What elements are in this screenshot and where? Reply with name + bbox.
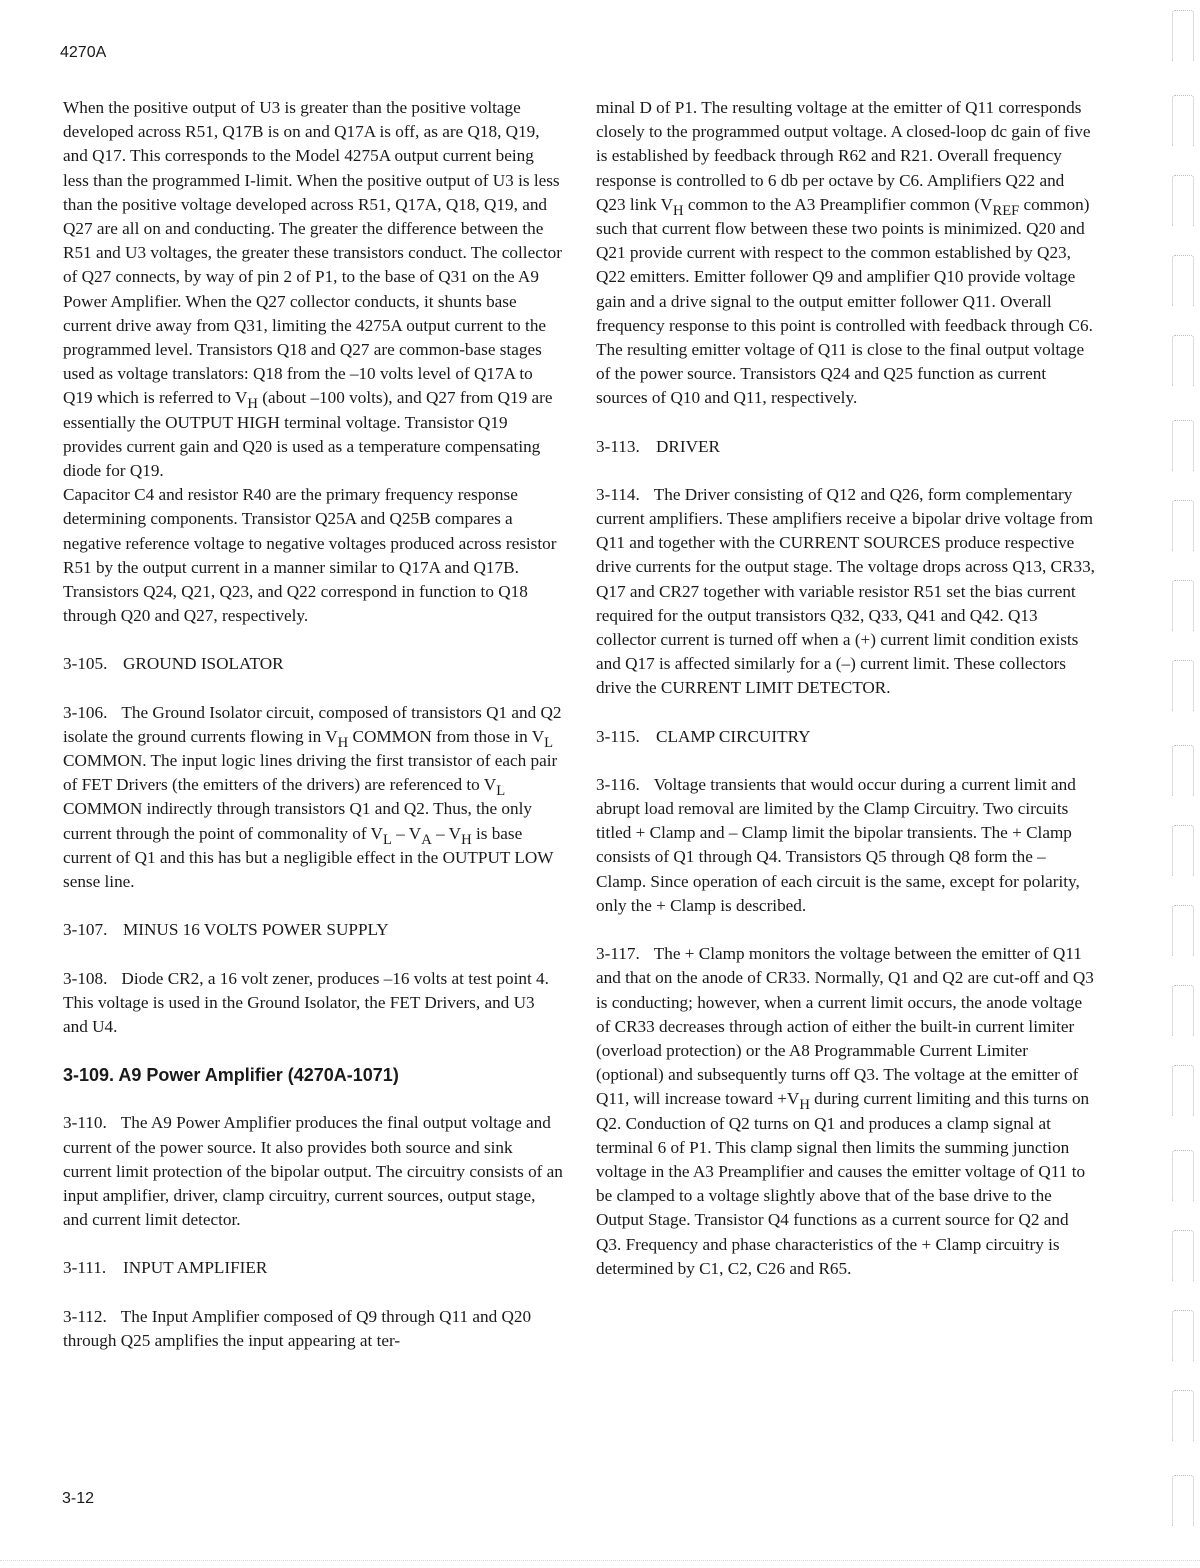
text: during current limiting and this turns o… xyxy=(596,1089,1089,1277)
section-heading-3-113: 3-113.DRIVER xyxy=(596,435,1096,459)
section-title: DRIVER xyxy=(656,437,720,456)
section-title: GROUND ISOLATOR xyxy=(123,654,284,673)
binder-hole-artifact xyxy=(1172,985,1194,1036)
text: Diode CR2, a 16 volt zener, produces –16… xyxy=(63,969,549,1036)
paragraph-number: 3-117. xyxy=(596,942,640,966)
text: COMMON from those in V xyxy=(348,727,544,746)
left-column: When the positive output of U3 is greate… xyxy=(63,96,563,1377)
paragraph-number: 3-110. xyxy=(63,1111,107,1135)
paragraph-number: 3-112. xyxy=(63,1305,107,1329)
text: The + Clamp monitors the voltage between… xyxy=(596,944,1094,1108)
binder-hole-artifact xyxy=(1172,825,1194,876)
binder-hole-artifact xyxy=(1172,1390,1194,1441)
section-number: 3-107. xyxy=(63,918,123,942)
section-heading-3-115: 3-115.CLAMP CIRCUITRY xyxy=(596,725,1096,749)
binder-hole-artifact xyxy=(1172,1230,1194,1281)
subscript: L xyxy=(544,735,553,751)
paragraph-3-108: 3-108.Diode CR2, a 16 volt zener, produc… xyxy=(63,967,563,1040)
text: When the positive output of U3 is greate… xyxy=(63,98,562,407)
section-heading-3-105: 3-105.GROUND ISOLATOR xyxy=(63,652,563,676)
binder-hole-artifact xyxy=(1172,500,1194,551)
binder-hole-artifact xyxy=(1172,335,1194,386)
paragraph-3-116: 3-116.Voltage transients that would occu… xyxy=(596,773,1096,918)
text: COMMON. The input logic lines driving th… xyxy=(63,751,557,794)
section-number: 3-105. xyxy=(63,652,123,676)
text: – V xyxy=(392,824,421,843)
binder-hole-artifact xyxy=(1172,580,1194,631)
binder-hole-artifact xyxy=(1172,175,1194,226)
binder-hole-artifact xyxy=(1172,95,1194,146)
section-number: 3-111. xyxy=(63,1256,123,1280)
text: The Input Amplifier composed of Q9 throu… xyxy=(63,1307,531,1350)
subscript: H xyxy=(338,735,349,751)
paragraph-3-114: 3-114.The Driver consisting of Q12 and Q… xyxy=(596,483,1096,701)
paragraph-3-110: 3-110.The A9 Power Amplifier produces th… xyxy=(63,1111,563,1232)
binder-hole-artifact xyxy=(1172,1310,1194,1361)
document-id-header: 4270A xyxy=(60,44,106,62)
section-number: 3-113. xyxy=(596,435,656,459)
section-heading-3-107: 3-107.MINUS 16 VOLTS POWER SUPPLY xyxy=(63,918,563,942)
text: The A9 Power Amplifier produces the fina… xyxy=(63,1113,563,1229)
paragraph-number: 3-114. xyxy=(596,483,640,507)
text: Voltage transients that would occur duri… xyxy=(596,775,1080,915)
page-number-footer: 3-12 xyxy=(62,1490,94,1508)
paragraph-number: 3-116. xyxy=(596,773,640,797)
paragraph-number: 3-106. xyxy=(63,701,107,725)
paragraph-frequency-response: Capacitor C4 and resistor R40 are the pr… xyxy=(63,483,563,628)
binder-hole-artifact xyxy=(1172,10,1194,61)
binder-hole-artifact xyxy=(1172,745,1194,796)
subscript: L xyxy=(383,832,392,848)
subscript: H xyxy=(799,1097,810,1113)
paragraph-number: 3-108. xyxy=(63,967,107,991)
section-number: 3-115. xyxy=(596,725,656,749)
paragraph-3-106: 3-106.The Ground Isolator circuit, compo… xyxy=(63,701,563,895)
binder-hole-artifact xyxy=(1172,660,1194,711)
paragraph-3-112-continued: minal D of P1. The resulting voltage at … xyxy=(596,96,1096,411)
section-title: MINUS 16 VOLTS POWER SUPPLY xyxy=(123,920,389,939)
section-heading-3-111: 3-111.INPUT AMPLIFIER xyxy=(63,1256,563,1280)
subscript: H xyxy=(673,203,684,219)
text: common) such that current flow between t… xyxy=(596,195,1093,408)
binder-hole-artifact xyxy=(1172,905,1194,956)
binder-hole-artifact xyxy=(1172,420,1194,471)
binder-hole-artifact xyxy=(1172,1475,1194,1526)
text: – V xyxy=(432,824,461,843)
binder-hole-artifact xyxy=(1172,255,1194,306)
section-title: CLAMP CIRCUITRY xyxy=(656,727,811,746)
paragraph-3-117: 3-117.The + Clamp monitors the voltage b… xyxy=(596,942,1096,1281)
paragraph-3-112: 3-112.The Input Amplifier composed of Q9… xyxy=(63,1305,563,1353)
text: The Driver consisting of Q12 and Q26, fo… xyxy=(596,485,1095,698)
text: common to the A3 Preamplifier common (V xyxy=(684,195,993,214)
subscript: H xyxy=(247,397,258,413)
paragraph-current-limit-continued: When the positive output of U3 is greate… xyxy=(63,96,563,483)
bottom-scan-edge xyxy=(0,1560,1200,1561)
right-column: minal D of P1. The resulting voltage at … xyxy=(596,96,1096,1305)
subscript: A xyxy=(421,832,432,848)
subscript: H xyxy=(461,832,472,848)
subscript: L xyxy=(496,783,505,799)
major-heading-3-109: 3-109. A9 Power Amplifier (4270A-1071) xyxy=(63,1063,563,1087)
binder-hole-artifact xyxy=(1172,1065,1194,1116)
subscript: REF xyxy=(992,203,1019,219)
binder-hole-artifact xyxy=(1172,1150,1194,1201)
section-title: INPUT AMPLIFIER xyxy=(123,1258,267,1277)
